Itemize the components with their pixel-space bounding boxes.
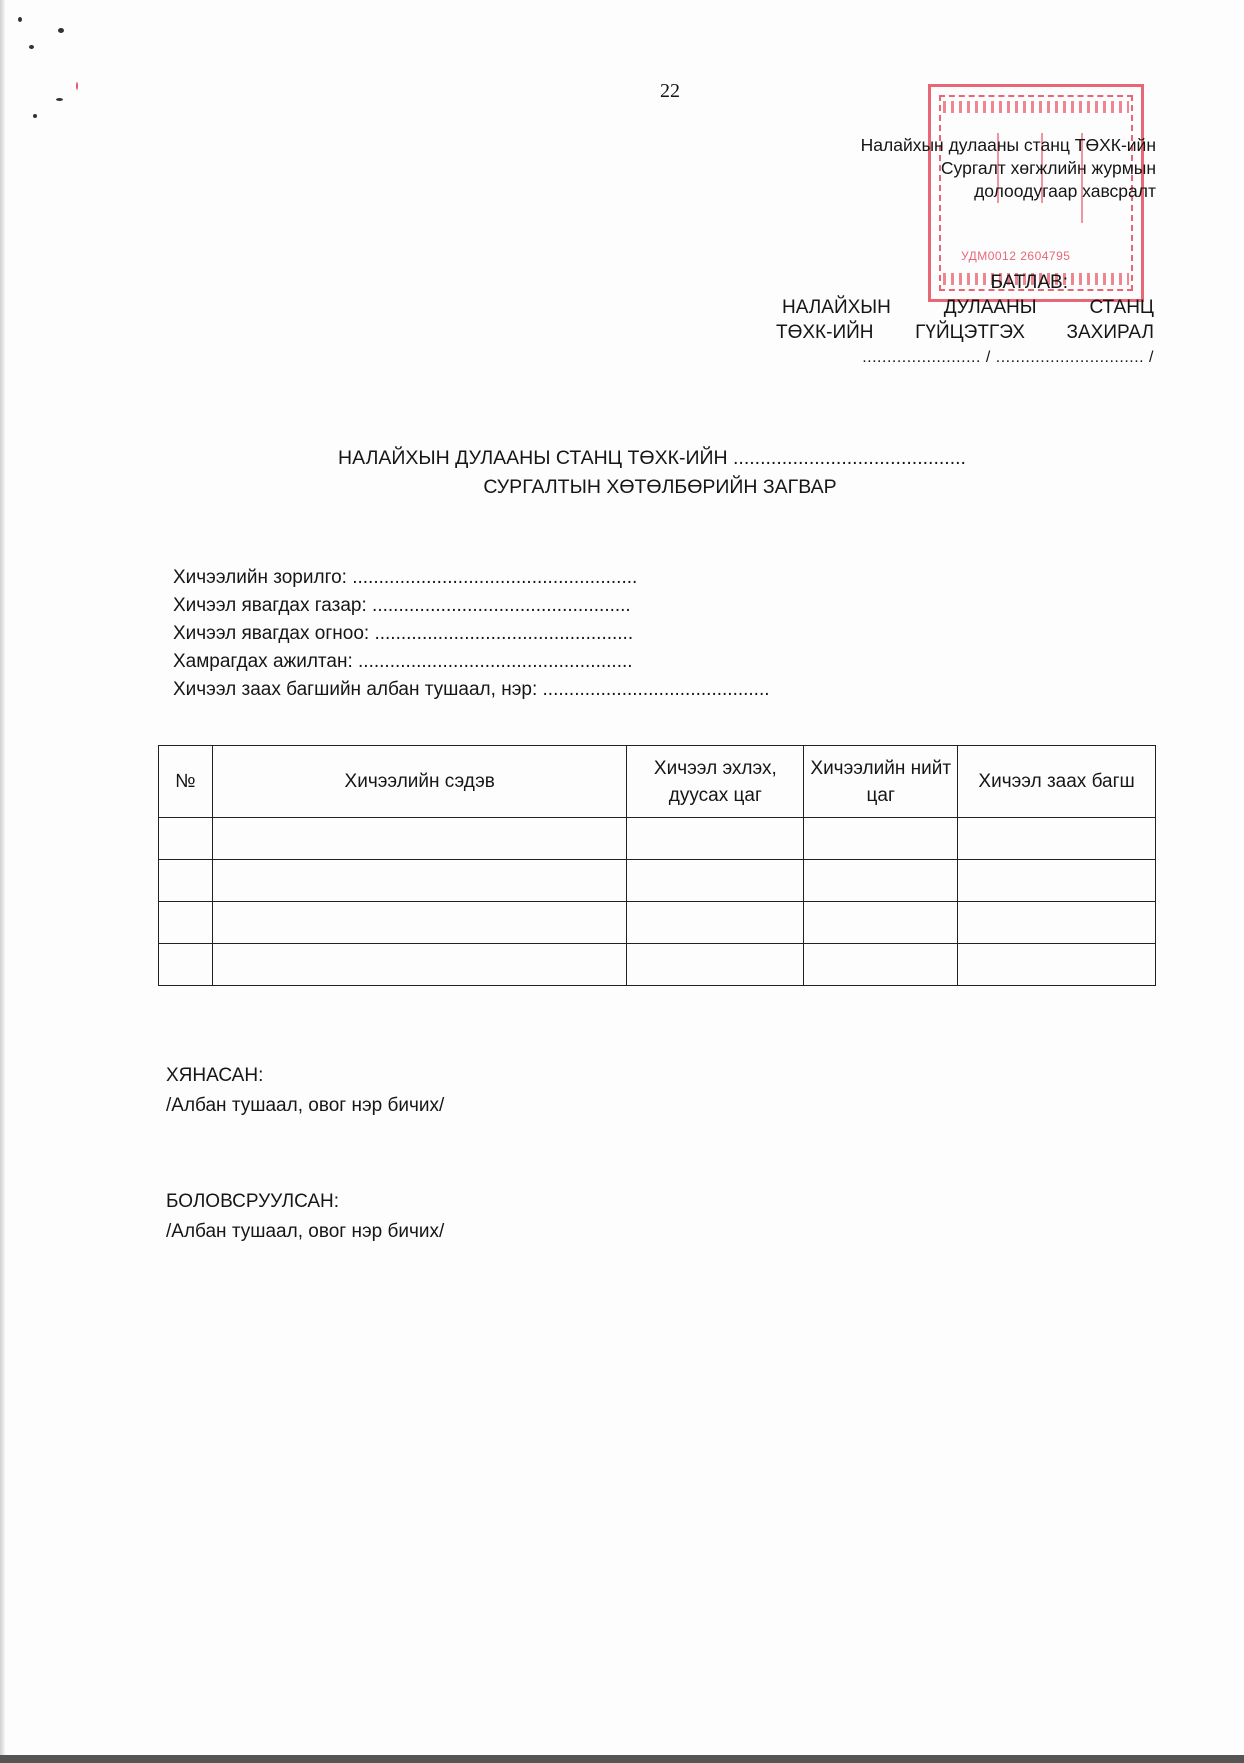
- approval-word: ДУЛААНЫ: [944, 295, 1037, 320]
- approval-title-line-1: НАЛАЙХЫН ДУЛААНЫ СТАНЦ: [782, 295, 1154, 320]
- field-blank[interactable]: ........................................…: [543, 679, 770, 700]
- annex-line: долоодугаар хавсралт: [861, 180, 1156, 203]
- table-cell[interactable]: [212, 902, 626, 944]
- signature-prepared: БОЛОВСРУУЛСАН: /Албан тушаал, овог нэр б…: [166, 1187, 444, 1247]
- field-lesson-place[interactable]: Хичээл явагдах газар: ..................…: [173, 592, 770, 620]
- stamp-ornament-top: [943, 101, 1129, 113]
- approval-title-line-2: ТӨХК-ИЙН ГҮЙЦЭТГЭХ ЗАХИРАЛ: [776, 320, 1154, 345]
- table-cell[interactable]: [212, 944, 626, 986]
- table-cell[interactable]: [627, 902, 804, 944]
- table-cell[interactable]: [958, 944, 1156, 986]
- title-line-1: НАЛАЙХЫН ДУЛААНЫ СТАНЦ ТӨХК-ИЙН ........…: [0, 444, 1244, 473]
- field-teacher[interactable]: Хичээл заах багшийн албан тушаал, нэр: .…: [173, 676, 770, 704]
- signature-reviewed: ХЯНАСАН: /Албан тушаал, овог нэр бичих/: [166, 1061, 444, 1121]
- lesson-schedule-table: № Хичээлийн сэдэв Хичээл эхлэх, дуусах ц…: [158, 745, 1156, 986]
- approval-label: БАТЛАВ:: [776, 270, 1154, 295]
- table-cell[interactable]: [958, 902, 1156, 944]
- approval-word: ЗАХИРАЛ: [1067, 320, 1154, 345]
- approval-word: СТАНЦ: [1089, 295, 1154, 320]
- table-cell[interactable]: [212, 818, 626, 860]
- scan-speck: [18, 17, 22, 22]
- field-lesson-date[interactable]: Хичээл явагдах огноо: ..................…: [173, 620, 770, 648]
- table-cell[interactable]: [627, 818, 804, 860]
- table-row: [159, 902, 1156, 944]
- table-cell[interactable]: [958, 818, 1156, 860]
- approval-word: ГҮЙЦЭТГЭХ: [915, 320, 1025, 345]
- field-blank[interactable]: ........................................…: [352, 567, 637, 588]
- table-cell[interactable]: [958, 860, 1156, 902]
- lesson-info-fields: Хичээлийн зорилго: .....................…: [173, 564, 770, 704]
- title-line-2: СУРГАЛТЫН ХӨТӨЛБӨРИЙН ЗАГВАР: [0, 473, 1244, 502]
- table-cell[interactable]: [804, 860, 958, 902]
- annex-note: Налайхын дулааны станц ТӨХК-ийн Сургалт …: [861, 134, 1156, 203]
- table-cell[interactable]: [804, 944, 958, 986]
- document-title: НАЛАЙХЫН ДУЛААНЫ СТАНЦ ТӨХК-ИЙН ........…: [0, 444, 1244, 502]
- scan-speck: [58, 28, 64, 33]
- approval-signature-line[interactable]: ........................ / .............…: [776, 345, 1154, 370]
- table-cell[interactable]: [159, 902, 213, 944]
- scan-speck: [56, 98, 63, 101]
- approval-block: БАТЛАВ: НАЛАЙХЫН ДУЛААНЫ СТАНЦ ТӨХК-ИЙН …: [776, 270, 1154, 370]
- header-start-end-time: Хичээл эхлэх, дуусах цаг: [627, 746, 804, 818]
- signature-hint[interactable]: /Албан тушаал, овог нэр бичих/: [166, 1091, 444, 1121]
- table-cell[interactable]: [159, 860, 213, 902]
- header-teacher: Хичээл заах багш: [958, 746, 1156, 818]
- field-blank[interactable]: ........................................…: [374, 623, 633, 644]
- scan-edge-left: [0, 0, 5, 1763]
- signature-label: БОЛОВСРУУЛСАН:: [166, 1187, 444, 1217]
- field-participants[interactable]: Хамрагдах ажилтан: .....................…: [173, 648, 770, 676]
- scan-speck: [76, 82, 78, 90]
- table-row: [159, 944, 1156, 986]
- approval-word: ТӨХК-ИЙН: [776, 320, 874, 345]
- header-total-hours: Хичээлийн нийт цаг: [804, 746, 958, 818]
- table-cell[interactable]: [627, 944, 804, 986]
- table-row: [159, 860, 1156, 902]
- field-label: Хамрагдах ажилтан:: [173, 651, 353, 672]
- approval-word: НАЛАЙХЫН: [782, 295, 891, 320]
- table-row: [159, 818, 1156, 860]
- page-number: 22: [660, 80, 680, 103]
- field-blank[interactable]: ........................................…: [372, 595, 631, 616]
- stamp-code: УДМ0012 2604795: [961, 249, 1070, 263]
- scan-speck: [33, 114, 37, 118]
- table-cell[interactable]: [627, 860, 804, 902]
- scan-edge-bottom: [0, 1755, 1244, 1763]
- signature-label: ХЯНАСАН:: [166, 1061, 444, 1091]
- table-cell[interactable]: [804, 902, 958, 944]
- annex-line: Налайхын дулааны станц ТӨХК-ийн: [861, 134, 1156, 157]
- field-lesson-goal[interactable]: Хичээлийн зорилго: .....................…: [173, 564, 770, 592]
- table-cell[interactable]: [804, 818, 958, 860]
- table-cell[interactable]: [159, 818, 213, 860]
- field-label: Хичээлийн зорилго:: [173, 567, 347, 588]
- field-blank[interactable]: ........................................…: [358, 651, 633, 672]
- header-topic: Хичээлийн сэдэв: [212, 746, 626, 818]
- field-label: Хичээл заах багшийн албан тушаал, нэр:: [173, 679, 537, 700]
- table-cell[interactable]: [159, 944, 213, 986]
- field-label: Хичээл явагдах газар:: [173, 595, 367, 616]
- scan-speck: [29, 45, 34, 49]
- signature-hint[interactable]: /Албан тушаал, овог нэр бичих/: [166, 1217, 444, 1247]
- field-label: Хичээл явагдах огноо:: [173, 623, 369, 644]
- table-header-row: № Хичээлийн сэдэв Хичээл эхлэх, дуусах ц…: [159, 746, 1156, 818]
- annex-line: Сургалт хөгжлийн журмын: [861, 157, 1156, 180]
- table-cell[interactable]: [212, 860, 626, 902]
- header-number: №: [159, 746, 213, 818]
